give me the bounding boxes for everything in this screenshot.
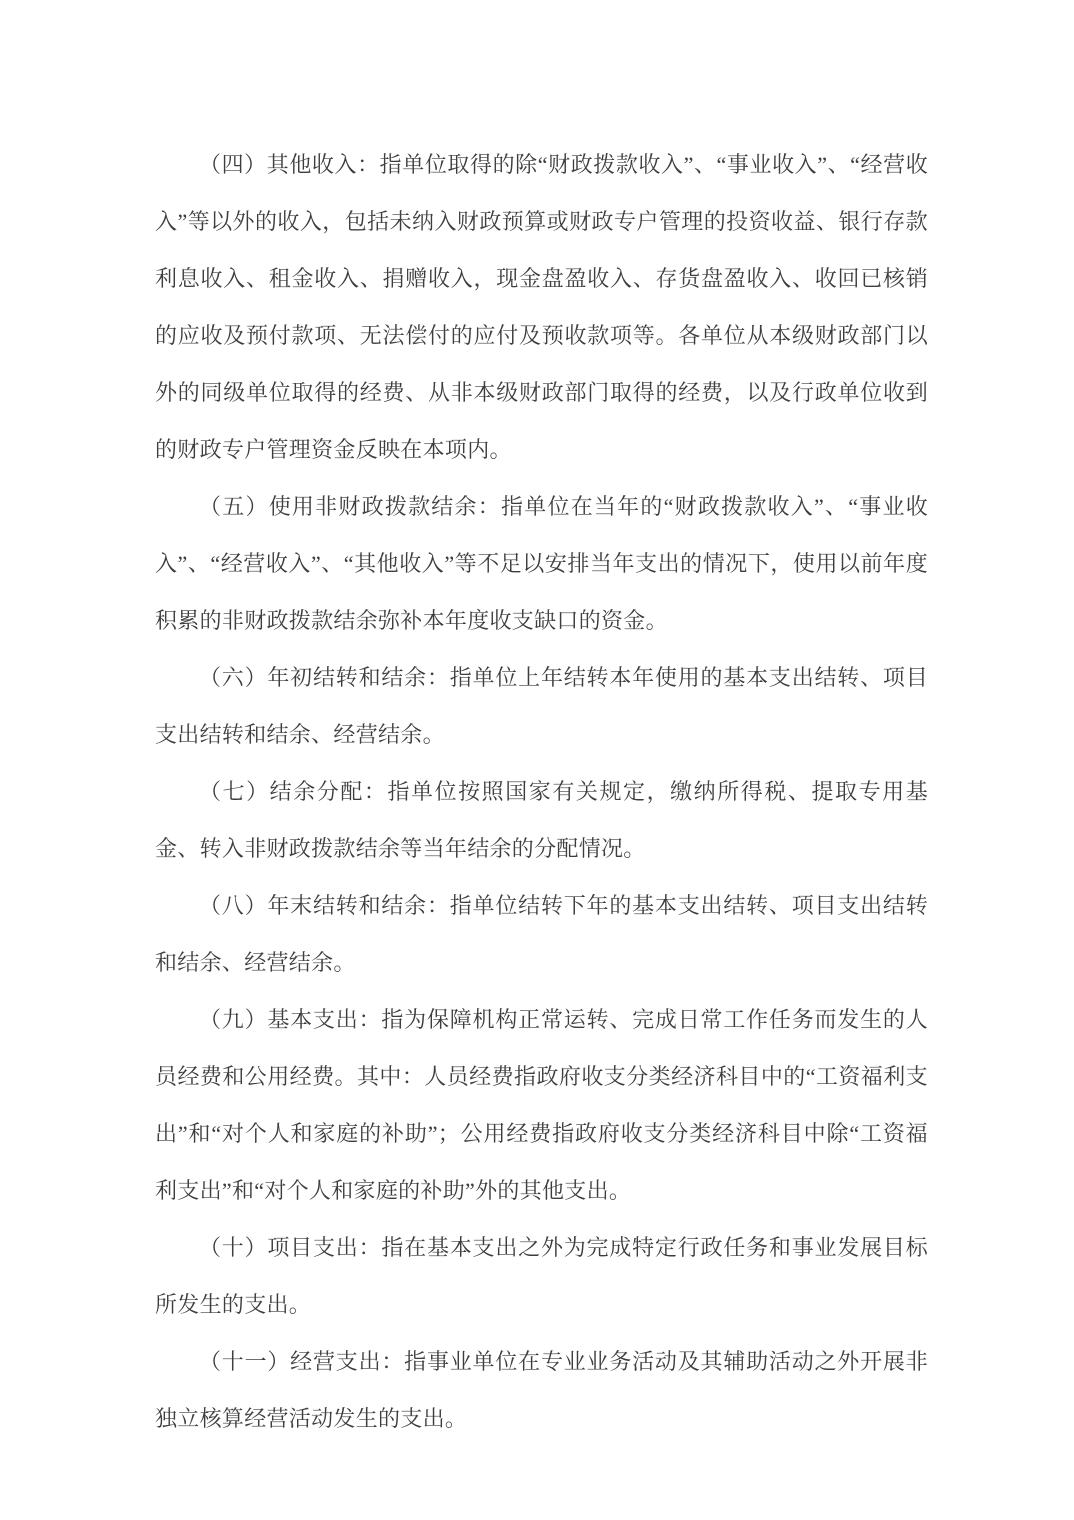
paragraph-operating-expenditure: （十一）经营支出：指事业单位在专业业务活动及其辅助活动之外开展非独立核算经营活动… [155, 1333, 928, 1447]
paragraph-surplus-distribution: （七）结余分配：指单位按照国家有关规定，缴纳所得税、提取专用基金、转入非财政拨款… [155, 763, 928, 877]
paragraph-other-income: （四）其他收入：指单位取得的除“财政拨款收入”、“事业收入”、“经营收入”等以外… [155, 136, 928, 478]
paragraph-use-of-non-fiscal-appropriation-surplus: （五）使用非财政拨款结余：指单位在当年的“财政拨款收入”、“事业收入”、“经营收… [155, 478, 928, 649]
paragraph-beginning-year-carryover-and-surplus: （六）年初结转和结余：指单位上年结转本年使用的基本支出结转、项目支出结转和结余、… [155, 649, 928, 763]
paragraph-project-expenditure: （十）项目支出：指在基本支出之外为完成特定行政任务和事业发展目标所发生的支出。 [155, 1219, 928, 1333]
paragraph-year-end-carryover-and-surplus: （八）年末结转和结余：指单位结转下年的基本支出结转、项目支出结转和结余、经营结余… [155, 877, 928, 991]
paragraph-basic-expenditure: （九）基本支出：指为保障机构正常运转、完成日常工作任务而发生的人员经费和公用经费… [155, 991, 928, 1219]
document-page: （四）其他收入：指单位取得的除“财政拨款收入”、“事业收入”、“经营收入”等以外… [0, 0, 1074, 1520]
document-body: （四）其他收入：指单位取得的除“财政拨款收入”、“事业收入”、“经营收入”等以外… [155, 136, 928, 1447]
